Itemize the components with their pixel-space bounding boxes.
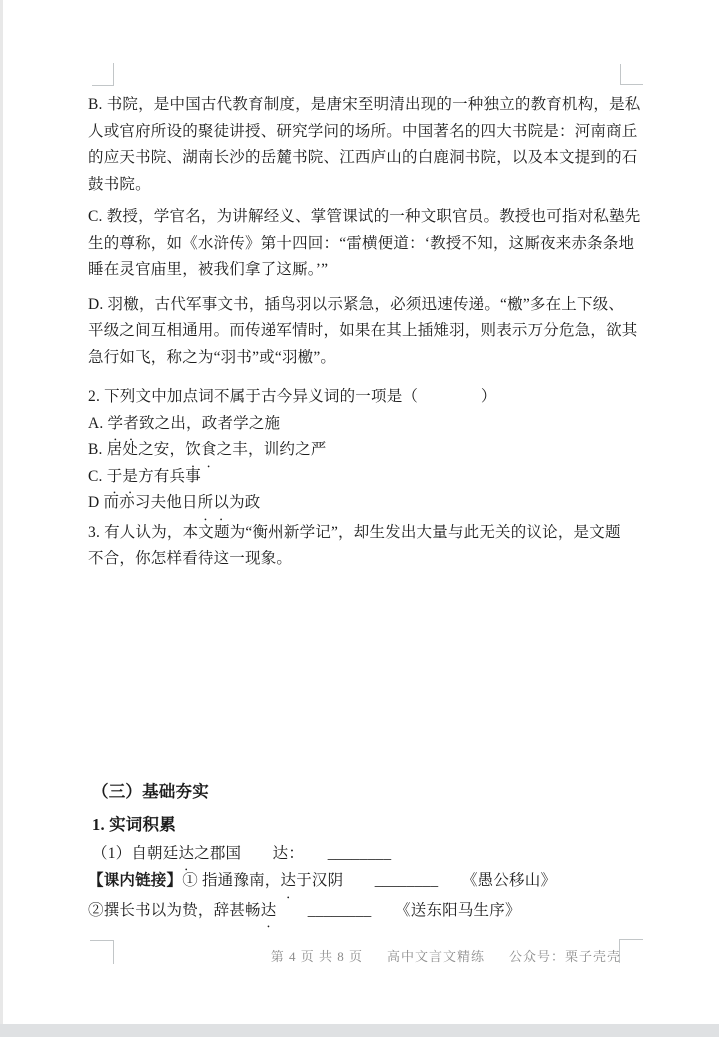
emphasized-char: 学 bbox=[108, 411, 124, 438]
question-2-option-b: B. 居处之安，饮食之丰，训约之严 bbox=[88, 437, 636, 464]
emphasized-char: 食 bbox=[201, 437, 217, 464]
vocab-item-2: ②撰长书以为贽，辞甚畅达 ________ 《送东阳马生序》 bbox=[88, 898, 636, 925]
question-3-line-2: 不合，你怎样看待这一现象。 bbox=[88, 546, 636, 573]
page-edge-shadow bbox=[0, 0, 3, 1024]
annotation-c-line-1: C. 教授，学官名，为讲解经义、掌管课试的一种文职官员。教授也可指对私塾先 bbox=[88, 204, 636, 231]
margin-mark-top-left bbox=[92, 63, 114, 86]
annotation-b-line-2: 人或官府所设的聚徒讲授、研究学问的场所。中国著名的四大书院是：河南商丘 bbox=[88, 119, 636, 146]
emphasized-char: 于 bbox=[107, 464, 123, 491]
question-2-option-c: C. 于是方有兵事 bbox=[88, 464, 636, 491]
annotation-b-line-4: 鼓书院。 bbox=[88, 172, 636, 199]
emphasized-char: 者 bbox=[123, 411, 139, 438]
emphasized-char: 达 bbox=[261, 898, 277, 925]
document-page-content: B. 书院，是中国古代教育制度，是唐宋至明清出现的一种独立的教育机构，是私 人或… bbox=[88, 92, 636, 924]
question-3-line-1: 3. 有人认为，本文题为“衡州新学记”，却生发出大量与此无关的议论，是文题 bbox=[88, 520, 636, 547]
emphasized-char: 饮 bbox=[185, 437, 201, 464]
margin-mark-top-right bbox=[620, 64, 643, 85]
emphasized-char: 所 bbox=[198, 490, 214, 517]
footer-account: 公众号：栗子壳壳 bbox=[509, 946, 621, 965]
annotation-b-line-1: B. 书院，是中国古代教育制度，是唐宋至明清出现的一种独立的教育机构，是私 bbox=[88, 92, 636, 119]
emphasized-char: 是 bbox=[122, 464, 138, 491]
footer-doc-title: 高中文言文精练 bbox=[387, 946, 485, 965]
emphasized-char: 以 bbox=[213, 490, 229, 517]
annotation-c-line-2: 生的尊称，如《水浒传》第十四回：“雷横便道：‘教授不知，这厮夜来赤条条地 bbox=[88, 231, 636, 258]
annotation-b-line-3: 的应天书院、湖南长沙的岳麓书院、江西庐山的白鹿洞书院，以及本文提到的石 bbox=[88, 145, 636, 172]
margin-mark-bottom-right bbox=[619, 939, 643, 963]
emphasized-char: 达 bbox=[178, 841, 194, 868]
page-footer: 第 4 页 共 8 页 高中文言文精练 公众号：栗子壳壳 bbox=[271, 946, 621, 965]
subsection-heading: 1. 实词积累 bbox=[88, 812, 636, 839]
annotation-d-line-3: 急行如飞，称之为“羽书”或“羽檄”。 bbox=[88, 345, 636, 372]
annotation-c-line-3: 睡在灵官庙里，被我们拿了这厮。’” bbox=[88, 257, 636, 284]
margin-mark-bottom-left bbox=[90, 940, 114, 964]
annotation-d-line-2: 平级之间互相通用。而传递军情时，如果在其上插雉羽，则表示万分危急，欲其 bbox=[88, 318, 636, 345]
emphasized-char: 达 bbox=[280, 868, 296, 895]
question-2-option-d: D 而亦习夫他日所以为政 bbox=[88, 490, 636, 517]
textbook-link-line: 【课内链接】① 指通豫南，达于汉阴 ________ 《愚公移山》 bbox=[88, 868, 636, 895]
question-2-option-a: A. 学者致之出，政者学之施 bbox=[88, 411, 636, 438]
vocab-item-1: （1）自朝廷达之郡国 达： ________ bbox=[88, 841, 636, 868]
section-heading: （三）基础夯实 bbox=[88, 779, 636, 806]
annotation-d-line-1: D. 羽檄，古代军事文书，插鸟羽以示紧急，必须迅速传递。“檄”多在上下级、 bbox=[88, 292, 636, 319]
window-bottom-edge bbox=[0, 1024, 719, 1037]
footer-page-number: 第 4 页 共 8 页 bbox=[271, 946, 363, 965]
question-2: 2. 下列文中加点词不属于古今异义词的一项是（ ） bbox=[88, 384, 636, 411]
